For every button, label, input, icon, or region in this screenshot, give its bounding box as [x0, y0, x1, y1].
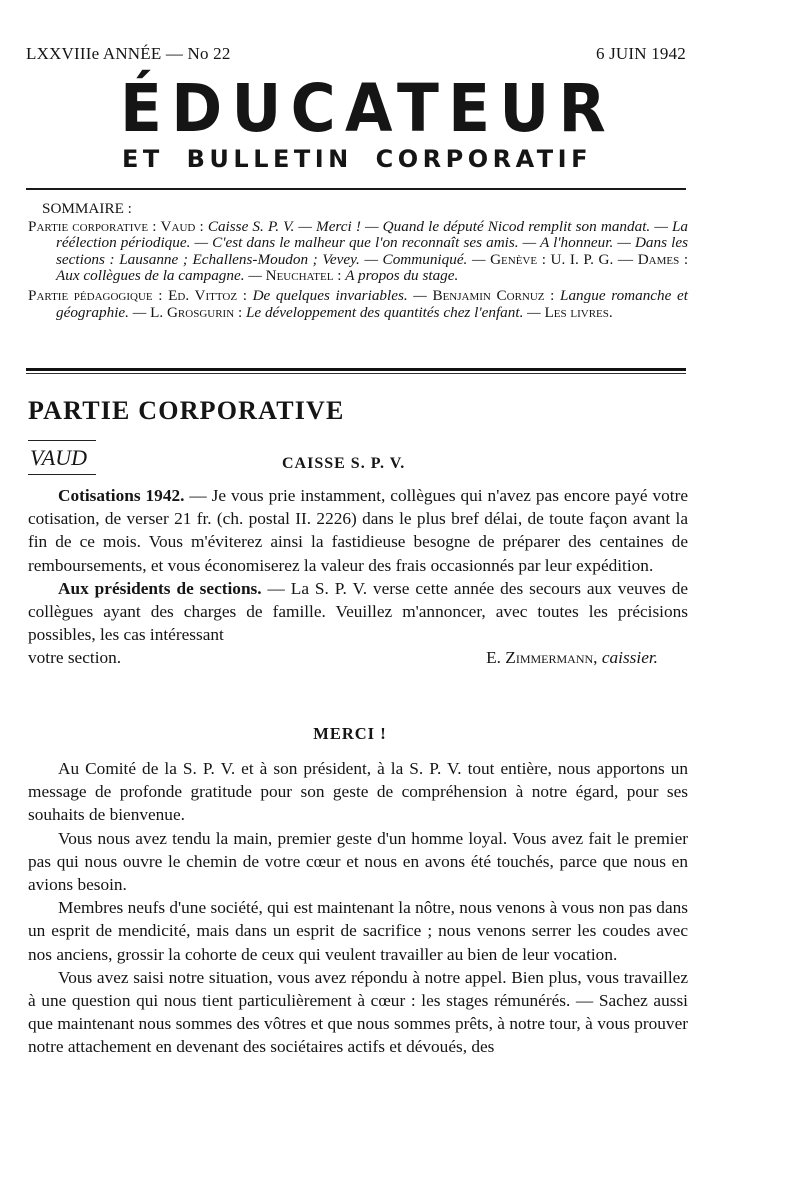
table-of-contents: SOMMAIRE : Partie corporative : Vaud : C… [28, 201, 688, 324]
paragraph: Vous nous avez tendu la main, premier ge… [28, 827, 688, 897]
masthead-subtitle: ET BULLETIN CORPORATIF [122, 145, 592, 173]
toc-section-livres: Les livres. [544, 304, 612, 321]
toc-canton: Vaud : [161, 218, 204, 235]
paragraph-presidents: Aux présidents de sections. — La S. P. V… [28, 577, 688, 647]
canton-label: VAUD [28, 440, 96, 475]
section-divider-rule [26, 368, 686, 374]
toc-entry-corporative: Partie corporative : Vaud : Caisse S. P.… [28, 219, 688, 285]
header-rule [26, 188, 686, 190]
masthead-title: ÉDUCATEUR [120, 76, 557, 142]
article-title-merci: MERCI ! [0, 724, 700, 744]
paragraph-lead: Aux présidents de sections. [58, 579, 262, 598]
toc-canton: Neuchatel : [266, 267, 342, 284]
paragraph: Membres neufs d'une société, qui est mai… [28, 896, 688, 966]
toc-section-label: Partie corporative : [28, 218, 156, 235]
toc-articles: A propos du stage. [345, 267, 458, 284]
signature-role: caissier. [602, 648, 658, 667]
signature-line: votre section. E. Zimmermann, caissier. [28, 646, 688, 669]
newspaper-page: LXXVIIIe ANNÉE — No 22 6 JUIN 1942 ÉDUCA… [0, 0, 800, 1192]
toc-canton: Dames : [638, 251, 688, 268]
toc-articles: Aux collègues de la campagne. — [56, 267, 262, 284]
toc-canton: Genève : [490, 251, 546, 268]
toc-articles: U. I. P. G. — [551, 251, 634, 268]
signature-name: E. Zimmermann, [486, 648, 597, 667]
toc-articles: Le développement des quantités chez l'en… [246, 304, 541, 321]
toc-entry-pedagogique: Partie pédagogique : Ed. Vittoz : De que… [28, 288, 688, 321]
issue-number: LXXVIIIe ANNÉE — No 22 [26, 44, 231, 64]
issue-date: 6 JUIN 1942 [596, 44, 686, 64]
signature: E. Zimmermann, caissier. [486, 646, 658, 669]
paragraph-last-line: votre section. [28, 646, 121, 669]
article-title-caisse: CAISSE S. P. V. [282, 455, 405, 473]
paragraph: Vous avez saisi notre situation, vous av… [28, 966, 688, 1059]
toc-author: Ed. Vittoz : [168, 287, 247, 304]
toc-articles: De quelques invariables. — [253, 287, 427, 304]
toc-author: L. Grosgurin : [150, 304, 242, 321]
article-merci: Au Comité de la S. P. V. et à son présid… [28, 757, 688, 1059]
toc-author: Benjamin Cornuz : [432, 287, 554, 304]
toc-title: SOMMAIRE : [28, 201, 688, 218]
paragraph-cotisations: Cotisations 1942. — Je vous prie instamm… [28, 484, 688, 577]
paragraph: Au Comité de la S. P. V. et à son présid… [28, 757, 688, 827]
issue-line: LXXVIIIe ANNÉE — No 22 6 JUIN 1942 [26, 44, 686, 64]
article-caisse: Cotisations 1942. — Je vous prie instamm… [28, 484, 688, 670]
paragraph-lead: Cotisations 1942. [58, 486, 184, 505]
toc-section-label: Partie pédagogique : [28, 287, 163, 304]
section-heading: PARTIE CORPORATIVE [28, 396, 345, 426]
